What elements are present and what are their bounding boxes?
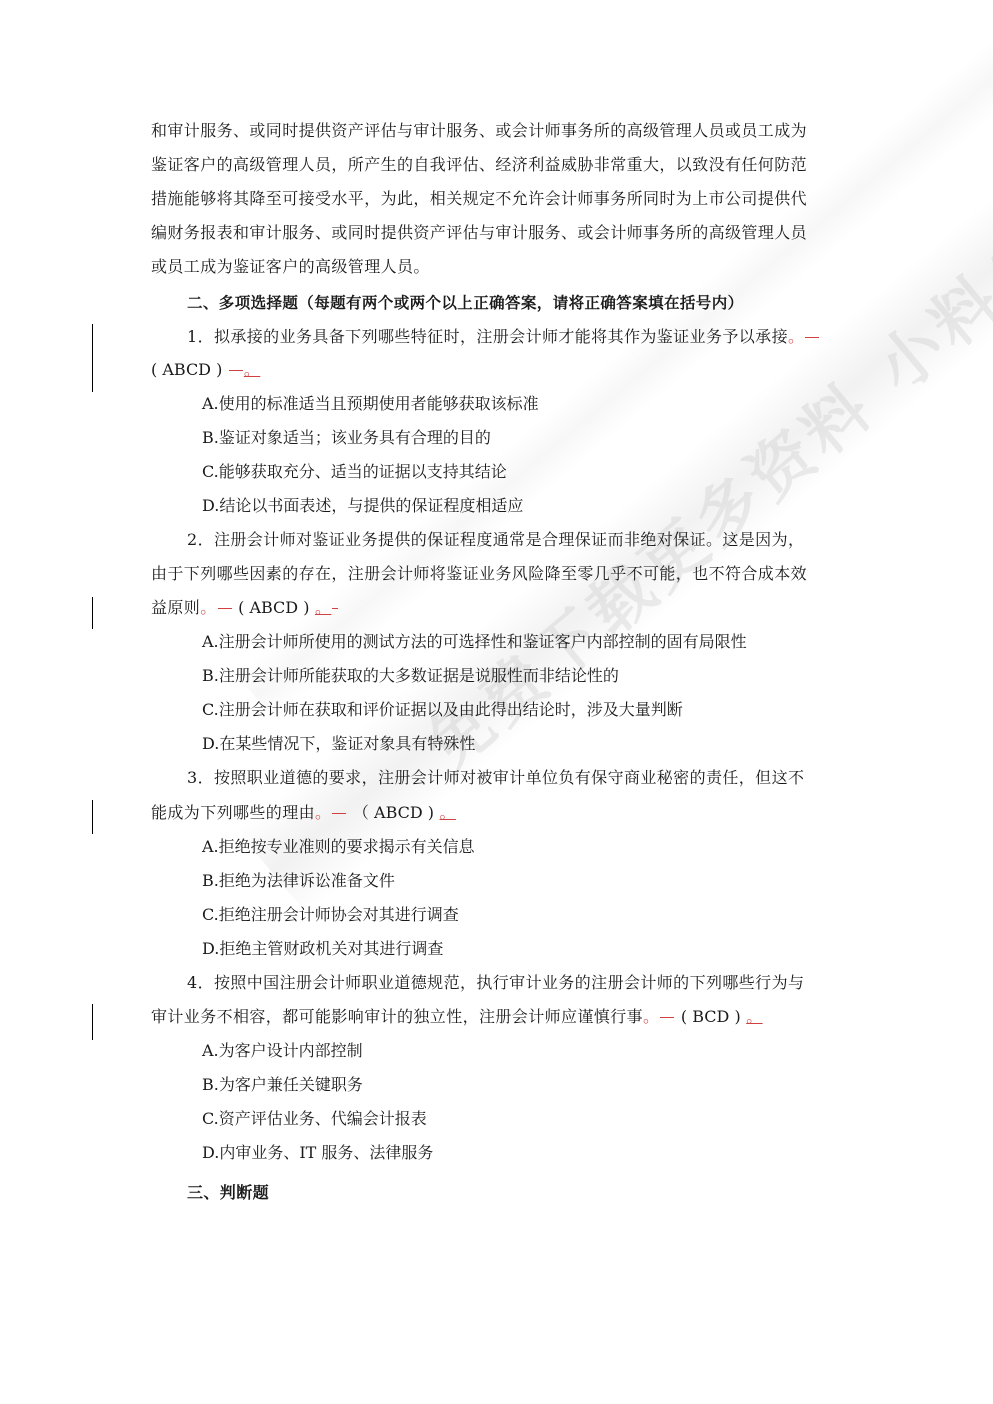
option-d: D.拒绝主管财政机关对其进行调查 (202, 932, 443, 966)
change-bar (92, 324, 93, 392)
revision-mark (229, 370, 243, 371)
option-a: A.使用的标准适当且预期使用者能够获取该标准 (202, 387, 539, 421)
option-b: B.拒绝为法律诉讼准备文件 (202, 864, 395, 898)
section-heading-true-false: 三、判断题 (187, 1176, 879, 1210)
question-1-answer-line: ( ABCD ) 。 (151, 353, 843, 387)
option-d: D.内审业务、IT 服务、法律服务 (202, 1136, 433, 1170)
option-c: C.拒绝注册会计师协会对其进行调查 (202, 898, 459, 932)
question-2-line2: 由于下列哪些因素的存在，注册会计师将鉴证业务风险降至零几乎不可能，也不符合成本效 (151, 557, 843, 591)
option-c: C.能够获取充分、适当的证据以支持其结论 (202, 455, 507, 489)
question-text: 能成为下列哪些的理由 (151, 803, 315, 822)
revision-mark: 。 (643, 1007, 675, 1026)
question-3-line2: 能成为下列哪些的理由。 （ ABCD ) 。 (151, 796, 843, 830)
revision-mark (332, 608, 338, 609)
question-2-line3: 益原则。 ( ABCD ) 。 (151, 591, 843, 625)
option-c: C.注册会计师在获取和评价证据以及由此得出结论时，涉及大量判断 (202, 693, 683, 727)
option-d: D.结论以书面表述，与提供的保证程度相适应 (202, 489, 523, 523)
period-mark: 。 (440, 803, 456, 822)
text-line: 措施能够将其降至可接受水平，为此，相关规定不允许会计师事务所同时为上市公司提供代 (151, 182, 843, 216)
question-4-line2: 审计业务不相容，都可能影响审计的独立性，注册会计师应谨慎行事。 ( BCD ) … (151, 1000, 843, 1034)
question-3-line1: 3．按照职业道德的要求，注册会计师对被审计单位负有保守商业秘密的责任，但这不 (187, 761, 879, 795)
option-b: B.注册会计师所能获取的大多数证据是说服性而非结论性的 (202, 659, 619, 693)
option-b: B.鉴证对象适当；该业务具有合理的目的 (202, 421, 491, 455)
period-mark: 。 (315, 598, 331, 617)
question-text: 益原则 (151, 598, 200, 617)
option-a: A.注册会计师所使用的测试方法的可选择性和鉴证客户内部控制的固有局限性 (202, 625, 747, 659)
question-4-line1: 4．按照中国注册会计师职业道德规范，执行审计业务的注册会计师的下列哪些行为与 (187, 966, 879, 1000)
revision-mark: 。 (315, 803, 347, 822)
period-mark: 。 (746, 1007, 762, 1026)
revision-mark: 。 (788, 327, 820, 346)
option-c: C.资产评估业务、代编会计报表 (202, 1102, 427, 1136)
section-heading-multiple-choice: 二、多项选择题（每题有两个或两个以上正确答案，请将正确答案填在括号内） (187, 286, 879, 320)
change-bar (92, 1004, 93, 1040)
answer-blank: ( ABCD ) (238, 598, 309, 617)
change-bar (92, 800, 93, 834)
answer-blank: ( ABCD ) (151, 360, 222, 379)
text-line: 和审计服务、或同时提供资产评估与审计服务、或会计师事务所的高级管理人员或员工成为 (151, 114, 843, 148)
text-line: 鉴证客户的高级管理人员，所产生的自我评估、经济利益威胁非常重大，以致没有任何防范 (151, 148, 843, 182)
text-line: 编财务报表和审计服务、或同时提供资产评估与审计服务、或会计师事务所的高级管理人员 (151, 216, 843, 250)
question-text: 审计业务不相容，都可能影响审计的独立性，注册会计师应谨慎行事 (151, 1007, 643, 1026)
option-d: D.在某些情况下，鉴证对象具有特殊性 (202, 727, 475, 761)
text-line: 或员工成为鉴证客户的高级管理人员。 (151, 250, 843, 284)
answer-blank: （ ABCD ) (353, 803, 434, 822)
question-2-line1: 2．注册会计师对鉴证业务提供的保证程度通常是合理保证而非绝对保证。这是因为， (187, 523, 879, 557)
period-mark: 。 (244, 360, 260, 379)
change-bar (92, 597, 93, 629)
intro-paragraph: 和审计服务、或同时提供资产评估与审计服务、或会计师事务所的高级管理人员或员工成为… (151, 114, 843, 284)
option-b: B.为客户兼任关键职务 (202, 1068, 363, 1102)
question-text: 1．拟承接的业务具备下列哪些特征时，注册会计师才能将其作为鉴证业务予以承接 (187, 327, 788, 346)
revision-mark: 。 (200, 598, 232, 617)
question-1-line1: 1．拟承接的业务具备下列哪些特征时，注册会计师才能将其作为鉴证业务予以承接。 (187, 320, 879, 354)
option-a: A.为客户设计内部控制 (202, 1034, 363, 1068)
option-a: A.拒绝按专业准则的要求揭示有关信息 (202, 830, 475, 864)
answer-blank: ( BCD ) (681, 1007, 741, 1026)
